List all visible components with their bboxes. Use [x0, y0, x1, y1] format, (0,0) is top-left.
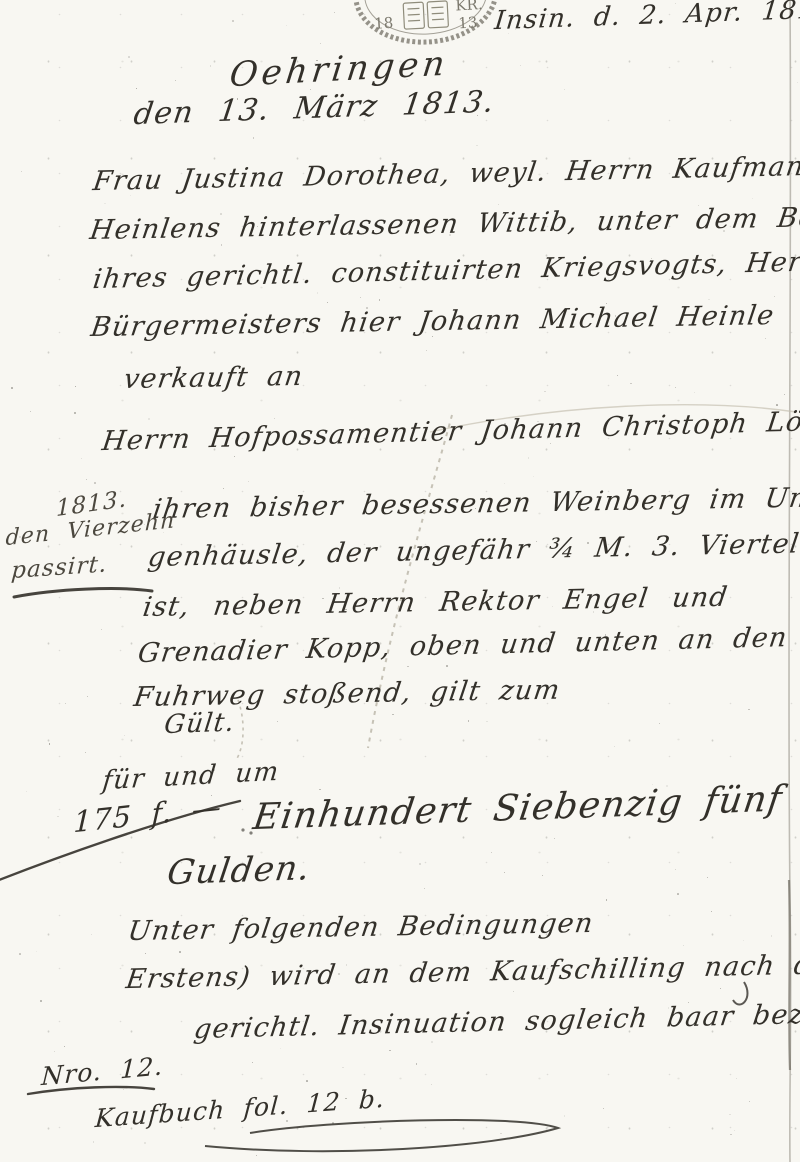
property-line-6: Gült.: [163, 710, 237, 739]
price-words-2: Gulden.: [165, 851, 313, 890]
property-line-5: Fuhrweg stoßend, gilt zum: [132, 677, 562, 712]
document-page: 18 KR. 13 Insin. d. 2. Apr. 1813. Oehrin…: [0, 0, 800, 1162]
seller-transition: verkauft an: [122, 363, 305, 393]
conditions-heading: Unter folgenden Bedingungen: [126, 910, 595, 945]
